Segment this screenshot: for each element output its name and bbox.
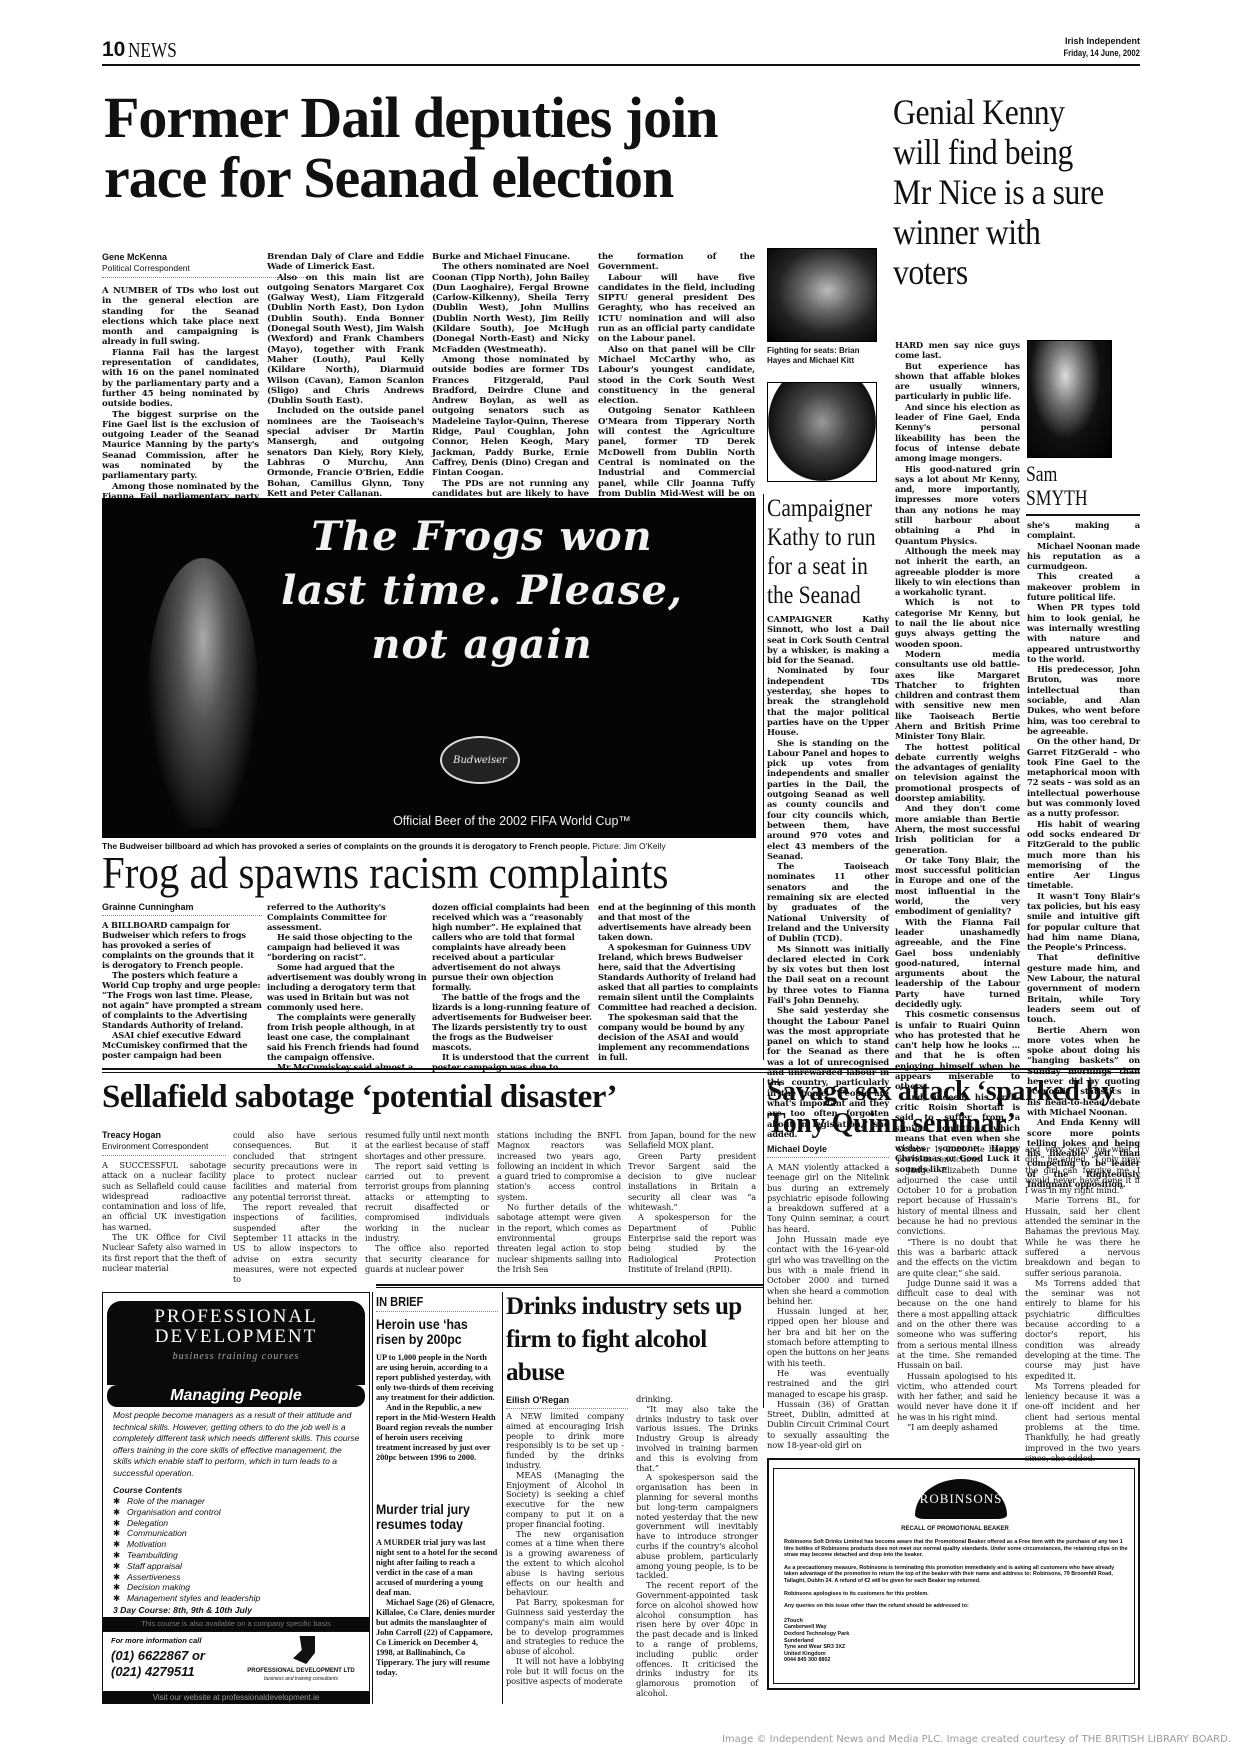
paragraph: Which is not to categorise Mr Kenny, but…: [895, 597, 1020, 648]
pd-phone-1[interactable]: (01) 6622867 or: [111, 1648, 205, 1663]
pd-company-note: This course is also available on a compa…: [103, 1617, 369, 1631]
paragraph: The UK Office for Civil Nuclear Safety a…: [102, 1232, 226, 1273]
robinsons-body: Robinsons Soft Drinks Limited has become…: [784, 1539, 1129, 1664]
paragraph: And since his election as leader of Fine…: [895, 402, 1020, 464]
photo-brian-hayes: [767, 248, 877, 342]
course-item: ✱Assertiveness: [113, 1572, 361, 1583]
paragraph: No further details of the sabotage attem…: [497, 1202, 621, 1274]
paragraph: Hussain lunged at her, ripped open her b…: [767, 1306, 889, 1368]
paragraph: It wasn't Tony Blair's tax policies, but…: [1027, 891, 1140, 953]
photo-michael-kitt: [767, 382, 877, 482]
course-item-label: Decision making: [127, 1582, 190, 1592]
paragraph: And they don't come more amiable than Be…: [895, 803, 1020, 854]
robinsons-title: RECALL OF PROMOTIONAL BEAKER: [774, 1526, 1136, 1532]
address-line: Camberwell Way: [784, 1624, 1129, 1631]
paragraph: Included on the outside panel nominees a…: [267, 406, 424, 499]
paragraph: Among those nominated by outside bodies …: [432, 355, 589, 479]
paragraph: Burke and Michael Finucane.: [432, 252, 589, 262]
paragraph: ASAI chief executive Edward McCumiskey c…: [102, 1030, 262, 1060]
bullet-icon: ✱: [113, 1496, 127, 1507]
brief-item-heroin: Heroin use ‘has risen by 200pc UP to 1,0…: [376, 1317, 498, 1463]
robinsons-inner-frame: ROBINSONS RECALL OF PROMOTIONAL BEAKER R…: [773, 1468, 1135, 1684]
paragraph: referred to the Authority's Complaints C…: [267, 902, 427, 932]
bullet-icon: ✱: [113, 1582, 127, 1593]
paragraph: from Japan, bound for the new Sellafield…: [628, 1130, 756, 1151]
paragraph: Some had argued that the advertisement w…: [267, 962, 427, 1012]
sinnott-text: CAMPAIGNER Kathy Sinnott, who lost a Dai…: [767, 614, 889, 1139]
brief-item-murder: Murder trial jury resumes today A MURDER…: [376, 1502, 498, 1678]
paragraph: This created a makeover problem in futur…: [1027, 571, 1140, 602]
section-divider: [102, 1068, 1140, 1073]
drinks-column-1: A NEW limited company aimed at encouragi…: [506, 1412, 624, 1686]
photo-caption: Fighting for seats: Brian Hayes and Mich…: [767, 346, 879, 366]
paragraph: could also have serious consequences. Bu…: [233, 1130, 357, 1202]
pd-website-link[interactable]: Visit our website at professionaldevelop…: [102, 1692, 370, 1704]
byline-name: Treacy Hogan: [102, 1130, 226, 1141]
sellafield-column-2: could also have serious consequences. Bu…: [233, 1130, 357, 1284]
paragraph: “I am deeply ashamed: [897, 1422, 1017, 1432]
paragraph: Outgoing Senator Kathleen O'Meara from T…: [598, 406, 755, 509]
attack-headline: Savage sex attack ‘sparked by Tony Quinn…: [767, 1076, 1147, 1140]
course-item-label: Delegation: [127, 1518, 168, 1528]
paragraph: “There is no doubt that this was a barba…: [897, 1237, 1017, 1278]
course-item-label: Teambuilding: [127, 1550, 178, 1560]
brief-text: A MURDER trial jury was last night sent …: [376, 1538, 498, 1678]
paragraph: Although the meek may not inherit the ea…: [895, 546, 1020, 597]
address-line: Sunderland: [784, 1638, 1129, 1645]
pd-course-contents: ✱Role of the manager ✱Organisation and c…: [113, 1496, 361, 1604]
paragraph: The complaints were generally from Irish…: [267, 1012, 427, 1062]
in-brief-label: IN BRIEF: [376, 1294, 423, 1309]
pd-dates: 3 Day Course: 8th, 9th & 10th July: [113, 1605, 252, 1615]
paragraph: The report revealed that inspections of …: [233, 1202, 357, 1284]
column-text-1: HARD men say nice guys come last. But ex…: [895, 340, 1020, 1174]
author-first-name: Sam: [1026, 462, 1057, 486]
paragraph: His habit of wearing odd socks endeared …: [1027, 819, 1140, 891]
paragraph: UP to 1,000 people in the North are usin…: [376, 1353, 498, 1403]
pd-course-title: Managing People: [107, 1385, 365, 1407]
byline-name: Michael Doyle: [767, 1144, 889, 1155]
drinks-column-2: drinking. “It may also take the drinks i…: [636, 1395, 758, 1699]
bullet-icon: ✱: [113, 1539, 127, 1550]
paragraph: HARD men say nice guys come last.: [895, 340, 1020, 361]
sellafield-column-5: from Japan, bound for the new Sellafield…: [628, 1130, 756, 1274]
paragraph: The recent report of the Government-appo…: [636, 1581, 758, 1699]
pd-logo-icon: [293, 1636, 315, 1664]
paragraph: stations including the BNFL Magnox react…: [497, 1130, 621, 1202]
bullet-icon: ✱: [113, 1550, 127, 1561]
paragraph: Pat Barry, spokesman for Guinness said y…: [506, 1598, 624, 1657]
paragraph: A MURDER trial jury was last night sent …: [376, 1538, 498, 1598]
robinsons-logo: ROBINSONS: [915, 1479, 1007, 1519]
paragraph: A spokesman for Guinness UDV Ireland, wh…: [598, 942, 758, 1012]
budweiser-logo: Budweiser: [440, 736, 520, 784]
paragraph: The posters which feature a World Cup tr…: [102, 970, 262, 1030]
in-brief-top-rule: [376, 1284, 764, 1288]
brief-text: UP to 1,000 people in the North are usin…: [376, 1353, 498, 1463]
pd-contents-heading: Course Contents: [113, 1485, 182, 1495]
course-item: ✱Organisation and control: [113, 1507, 361, 1518]
billboard-tagline: Official Beer of the 2002 FIFA World Cup…: [302, 814, 722, 828]
byline-role: Environment Correspondent: [102, 1141, 226, 1152]
attack-column-3: and very sorry for what I did,” he added…: [1025, 1144, 1140, 1463]
paragraph: Ms Torrens added that the seminar was no…: [1025, 1278, 1140, 1381]
sinnott-headline: Campaigner Kathy to run for a seat in th…: [767, 494, 879, 610]
lead-headline: Former Dail deputies join race for Seana…: [104, 88, 794, 208]
paragraph: The biggest surprise on the Fine Gael li…: [102, 410, 259, 482]
paper-name: Irish Independent: [1065, 36, 1140, 46]
in-brief-left-rule: [372, 1292, 373, 1704]
course-item: ✱Communication: [113, 1528, 361, 1539]
drinks-headline: Drinks industry sets up firm to fight al…: [506, 1290, 761, 1389]
paragraph: With the Fianna Fail leader unashamedly …: [895, 917, 1020, 1010]
column-headline: Genial Kenny will find being Mr Nice is …: [893, 92, 1113, 292]
billboard-photo: The Frogs won last time. Please, not aga…: [102, 498, 756, 838]
frog-column-1: A BILLBOARD campaign for Budweiser which…: [102, 920, 262, 1060]
attack-column-1: A MAN violently attacked a teenage girl …: [767, 1162, 889, 1450]
paragraph: A MAN violently attacked a teenage girl …: [767, 1162, 889, 1234]
frog-headline: Frog ad spawns racism complaints: [102, 848, 703, 898]
address-line: United Kingdom: [784, 1651, 1129, 1658]
robinsons-recall-ad[interactable]: ROBINSONS RECALL OF PROMOTIONAL BEAKER R…: [767, 1458, 1140, 1690]
paragraph: On the other hand, Dr Garret FitzGerald …: [1027, 736, 1140, 818]
address-line: Tyne and Wear SR3 3XZ: [784, 1644, 1129, 1651]
paragraph: Ms Torrens pleaded for leniency because …: [1025, 1381, 1140, 1463]
frog-column-4: end at the beginning of this month and t…: [598, 902, 758, 1062]
paragraph: Marie Torrens BL, for Hussain, said her …: [1025, 1195, 1140, 1277]
paragraph: Michael Sage (26) of Glenacre, Killaloe,…: [376, 1598, 498, 1678]
paragraph: A spokesperson for the Department of Pub…: [628, 1212, 756, 1274]
image-credit: Image © Independent News and Media PLC. …: [722, 1734, 1231, 1745]
course-item-label: Management styles and leadership: [127, 1593, 260, 1603]
course-item: ✱Motivation: [113, 1539, 361, 1550]
paragraph: And in the Republic, a new report in the…: [376, 1403, 498, 1463]
brief-headline: Heroin use ‘has risen by 200pc: [376, 1317, 499, 1347]
paragraph: she's making a complaint.: [1027, 520, 1140, 541]
course-item: ✱Role of the manager: [113, 1496, 361, 1507]
attack-left-rule: [763, 1078, 764, 1408]
paragraph: The new organisation comes at a time whe…: [506, 1530, 624, 1599]
paragraph: Michael Noonan made his reputation as a …: [1027, 541, 1140, 572]
photo-sam-smyth: [1027, 340, 1112, 458]
header-rule: [102, 64, 1140, 66]
bullet-icon: ✱: [113, 1518, 127, 1529]
paragraph: dozen official complaints had been recei…: [432, 902, 592, 992]
page-header: 10 NEWS Irish Independent Friday, 14 Jun…: [102, 36, 1140, 66]
sellafield-column-1: A SUCCESSFUL sabotage attack on a nuclea…: [102, 1160, 226, 1273]
paragraph: A spokesperson said the organisation has…: [636, 1473, 758, 1581]
pd-title-1: PROFESSIONAL: [107, 1307, 365, 1327]
author-last-name: SMYTH: [1026, 486, 1088, 510]
paragraph: and very sorry for what I did,” he added…: [1025, 1144, 1140, 1195]
paragraph: The spokesman said that the company woul…: [598, 1012, 758, 1062]
paragraph: Fianna Fail has the largest representati…: [102, 348, 259, 410]
sellafield-column-3: resumed fully until next month at the ea…: [365, 1130, 489, 1274]
paragraph: A NEW limited company aimed at encouragi…: [506, 1412, 624, 1471]
byline-name: Grainne Cunningham: [102, 902, 262, 913]
paragraph: Nominated by four independent TDs yester…: [767, 665, 889, 737]
paragraph: the formation of the Government.: [598, 252, 755, 273]
paragraph: October 1, 2000. He has no previous conv…: [897, 1144, 1017, 1165]
robinsons-brand: ROBINSONS: [920, 1491, 1003, 1507]
paragraph: But experience has shown that affable bl…: [895, 361, 1020, 402]
frog-column-2: referred to the Authority's Complaints C…: [267, 902, 427, 1072]
byline-name: Eilish O'Regan: [506, 1395, 628, 1406]
pd-subtitle: business training courses: [107, 1351, 365, 1362]
sellafield-byline: Treacy Hogan Environment Correspondent: [102, 1130, 226, 1162]
attack-column-2: October 1, 2000. He has no previous conv…: [897, 1144, 1017, 1432]
paragraph: Green Party president Trevor Sargent sai…: [628, 1151, 756, 1213]
bullet-icon: ✱: [113, 1593, 127, 1604]
paragraph: Hussain apologised to his victim, who at…: [897, 1371, 1017, 1422]
frog-column-3: dozen official complaints had been recei…: [432, 902, 592, 1072]
paragraph: The battle of the frogs and the lizards …: [432, 992, 592, 1052]
sinnott-left-rule: [763, 494, 764, 1060]
paragraph: Robinsons Soft Drinks Limited has become…: [784, 1539, 1129, 1559]
bullet-icon: ✱: [113, 1528, 127, 1539]
course-item-label: Organisation and control: [127, 1507, 221, 1517]
course-item: ✱Decision making: [113, 1582, 361, 1593]
in-brief-divider: [376, 1311, 498, 1312]
pd-phone-2[interactable]: (021) 4279511: [111, 1664, 195, 1679]
pd-description: Most people become managers as a result …: [113, 1410, 361, 1479]
paragraph: It will not have a lobbying role but it …: [506, 1657, 624, 1686]
attack-byline: Michael Doyle: [767, 1144, 889, 1164]
paragraph: His good-natured grin says a lot about M…: [895, 464, 1020, 546]
paragraph: end at the beginning of this month and t…: [598, 902, 758, 942]
page-number: 10: [102, 38, 125, 62]
byline-divider: [767, 1157, 889, 1158]
paragraph: A BILLBOARD campaign for Budweiser which…: [102, 920, 262, 970]
author-rule: [1026, 514, 1140, 516]
course-item-label: Assertiveness: [127, 1572, 181, 1582]
paragraph: Ms Sinnott was initially declared electe…: [767, 944, 889, 1006]
paragraph: A SUCCESSFUL sabotage attack on a nuclea…: [102, 1160, 226, 1232]
paragraph: She is standing on the Labour Panel and …: [767, 738, 889, 862]
paragraph: “It may also take the drinks industry to…: [636, 1405, 758, 1474]
paragraph: Also on this main list are outgoing Sena…: [267, 273, 424, 407]
pd-title-2: DEVELOPMENT: [107, 1327, 365, 1347]
paragraph: A NUMBER of TDs who lost out in the gene…: [102, 286, 259, 348]
paragraph: As a precautionary measure, Robinsons is…: [784, 1565, 1129, 1585]
paragraph: His predecessor, John Bruton, was more i…: [1027, 664, 1140, 736]
course-item: ✱Delegation: [113, 1518, 361, 1529]
paragraph: That definitive gesture made him, and Ne…: [1027, 952, 1140, 1024]
paragraph: Judge Dunne said it was a difficult case…: [897, 1278, 1017, 1371]
paragraph: Or take Tony Blair, the most successful …: [895, 855, 1020, 917]
brand-name: Budweiser: [453, 755, 507, 766]
paragraph: Hussain (36) of Grattan Street, Dublin, …: [767, 1399, 889, 1450]
course-item: ✱Teambuilding: [113, 1550, 361, 1561]
paragraph: Judge Elizabeth Dunne adjourned the case…: [897, 1165, 1017, 1237]
address-line: Doxford Technology Park: [784, 1631, 1129, 1638]
brief-headline: Murder trial jury resumes today: [376, 1502, 499, 1532]
paragraph: Labour will have five candidates in the …: [598, 273, 755, 345]
paragraph: The office also reported that security c…: [365, 1243, 489, 1274]
paragraph: He said those objecting to the campaign …: [267, 932, 427, 962]
byline-divider: [102, 915, 262, 916]
billboard-slogan: The Frogs won last time. Please, not aga…: [262, 510, 702, 672]
paragraph: Robinsons apologises to its customers fo…: [784, 1591, 1129, 1598]
frog-byline: Grainne Cunningham: [102, 902, 262, 922]
course-item: ✱Staff appraisal: [113, 1561, 361, 1572]
paragraph: John Hussain made eye contact with the 1…: [767, 1234, 889, 1306]
professional-development-ad[interactable]: PROFESSIONAL DEVELOPMENT business traini…: [102, 1292, 370, 1632]
pd-info-label: For more information call: [111, 1636, 201, 1645]
course-item-label: Communication: [127, 1528, 187, 1538]
bullet-icon: ✱: [113, 1561, 127, 1572]
bullet-icon: ✱: [113, 1507, 127, 1518]
pd-contact-box: For more information call (01) 6622867 o…: [102, 1632, 370, 1692]
paragraph: The report said vetting is carried out t…: [365, 1161, 489, 1243]
course-item-label: Motivation: [127, 1539, 166, 1549]
address-line: 0044 845 300 8802: [784, 1657, 1129, 1664]
course-item-label: Staff appraisal: [127, 1561, 182, 1571]
pd-header: PROFESSIONAL DEVELOPMENT business traini…: [107, 1301, 365, 1385]
section-label: NEWS: [128, 38, 177, 63]
billboard-text-wrap: The Frogs won last time. Please, not aga…: [262, 510, 702, 672]
issue-date: Friday, 14 June, 2002: [1064, 48, 1140, 58]
byline-divider: [102, 1155, 226, 1156]
paragraph: When PR types told him to look genial, h…: [1027, 602, 1140, 664]
world-cup-trophy-icon: [148, 558, 258, 828]
pd-company-tag: business and training consultants: [233, 1676, 369, 1682]
paragraph: The hottest political debate currently w…: [895, 742, 1020, 804]
sellafield-headline: Sellafield sabotage ‘potential disaster’: [102, 1078, 762, 1116]
pd-company-name: PROFESSIONAL DEVELOPMENT LTD: [233, 1668, 369, 1674]
paragraph: The Taoiseach nominates 11 other senator…: [767, 861, 889, 943]
robinsons-address: 2Touch Camberwell Way Doxford Technology…: [784, 1618, 1129, 1664]
paragraph: CAMPAIGNER Kathy Sinnott, who lost a Dai…: [767, 614, 889, 665]
course-item-label: Role of the manager: [127, 1496, 205, 1506]
sellafield-column-4: stations including the BNFL Magnox react…: [497, 1130, 621, 1274]
paragraph: Modern media consultants use old battle-…: [895, 649, 1020, 742]
paragraph: resumed fully until next month at the ea…: [365, 1130, 489, 1161]
bullet-icon: ✱: [113, 1572, 127, 1583]
byline-divider: [506, 1408, 628, 1409]
address-line: 2Touch: [784, 1618, 1129, 1625]
paragraph: Brendan Daly of Clare and Eddie Wade of …: [267, 252, 424, 273]
paragraph: MEAS (Managing the Enjoyment of Alcohol …: [506, 1471, 624, 1530]
paragraph: Also on that panel will be Cllr Michael …: [598, 345, 755, 407]
drinks-left-rule: [502, 1292, 503, 1704]
paragraph: The others nominated are Noel Coonan (Ti…: [432, 262, 589, 355]
paragraph: He was eventually restrained and the gir…: [767, 1368, 889, 1399]
paragraph: Any queries on this issue other than the…: [784, 1603, 1129, 1610]
course-item: ✱Management styles and leadership: [113, 1593, 361, 1604]
